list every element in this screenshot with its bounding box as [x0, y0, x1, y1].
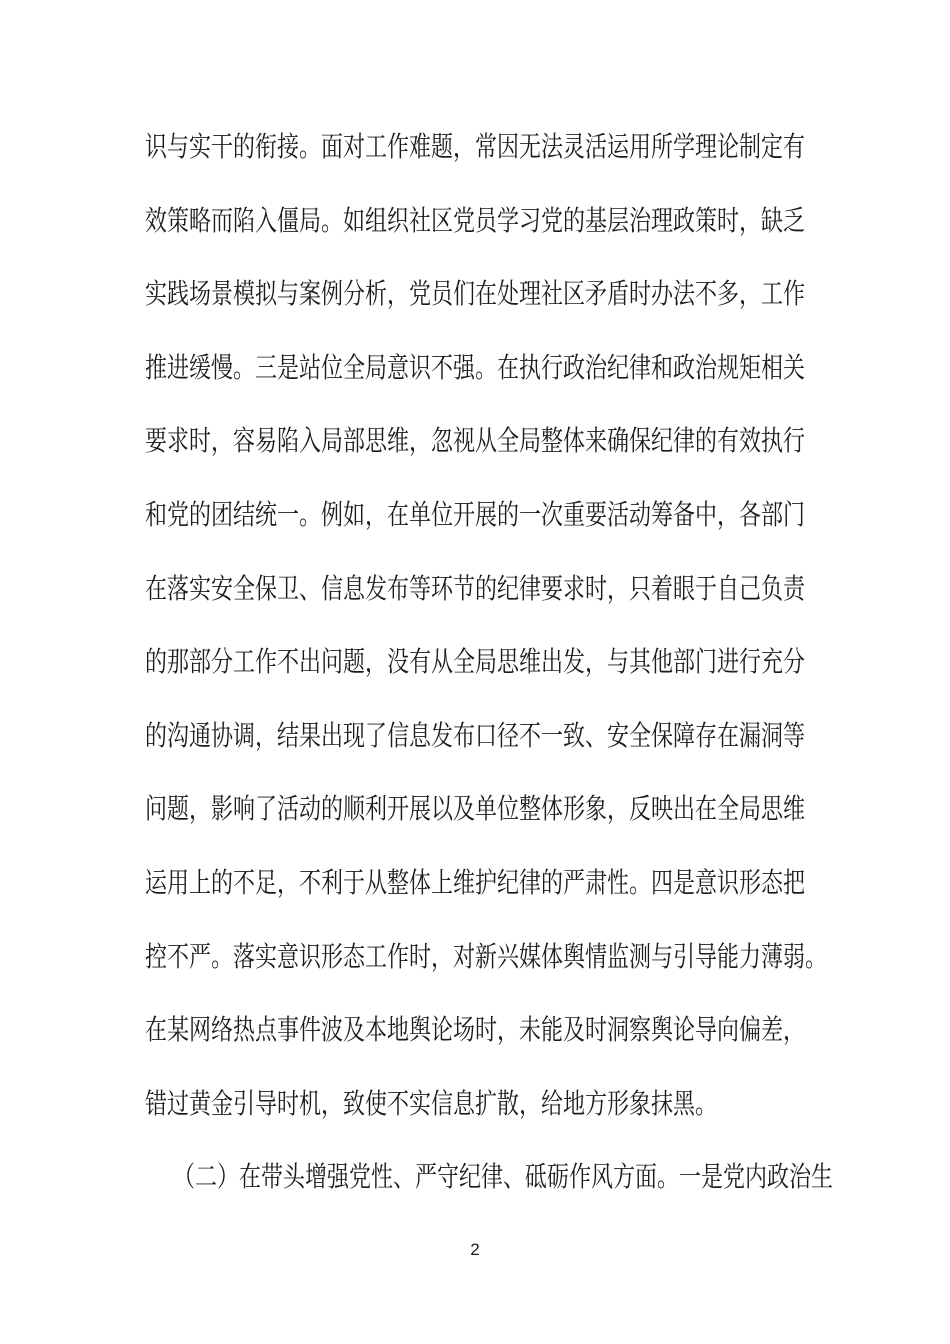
- paragraph-start-line: （二）在带头增强党性、严守纪律、砥砺作风方面。一是党内政治生: [145, 1130, 807, 1223]
- document-page: 识与实干的衔接。面对工作难题，常因无法灵活运用所学理论制定有 效策略而陷入僵局。…: [0, 0, 950, 1344]
- page-number: 2: [0, 1240, 950, 1260]
- document-body: 识与实干的衔接。面对工作难题，常因无法灵活运用所学理论制定有 效策略而陷入僵局。…: [145, 110, 807, 1214]
